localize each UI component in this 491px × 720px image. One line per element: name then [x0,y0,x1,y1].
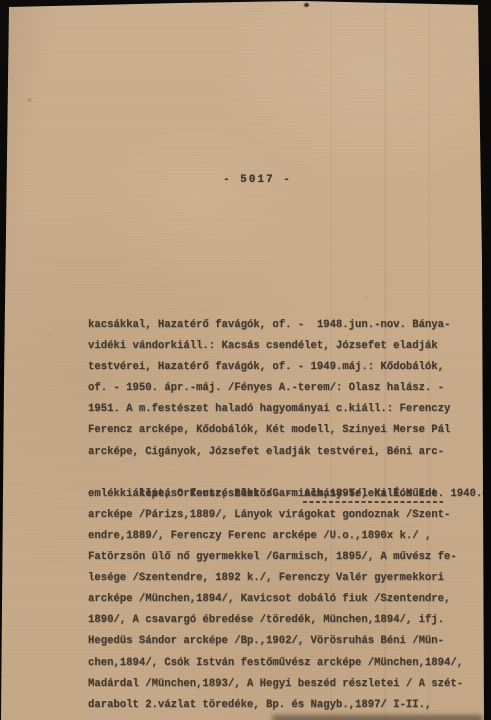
text-line: Madárdal /München,1893/, A Hegyi beszéd … [88,674,491,695]
text-line: arcképe /München,1894/, Kavicsot dobáló … [88,589,491,610]
ink-speck [304,3,309,7]
text-line: 1951. A m.festészet haladó hagyományai c… [88,399,491,420]
text-line: chen,1894/, Csók István festőművész arck… [88,653,491,674]
text-line: képe, Orfeusz, Bükkös. - Almásy-Teleki É… [88,463,491,484]
text-line: 1890/, A csavargó ébredése /töredék, Mün… [88,610,491,631]
typewritten-text-block: kacsákkal, Hazatérő favágók, of. - 1948.… [88,315,491,716]
scanned-page-background: - 5017 - kacsákkal, Hazatérő favágók, of… [0,0,491,720]
text-line: Ferencz arcképe, Kődobálók, Két modell, … [88,420,491,441]
text-line: darabolt 2.vázlat töredéke, Bp. és Nagyb… [88,695,491,716]
text-line: of. - 1950. ápr.-máj. /Fényes A.-terem/:… [88,378,491,399]
paper-sheet: - 5017 - kacsákkal, Hazatérő favágók, of… [0,0,491,720]
cut-off-next-line-smudge [272,715,483,720]
text-line: kacsákkal, Hazatérő favágók, of. - 1948.… [88,315,491,336]
text-segment: 1940.okt., [444,488,491,500]
text-line: Fatörzsön ülő nő gyermekkel /Garmisch, 1… [88,547,491,568]
text-line: lesége /Szentendre, 1892 k./, Ferenczy V… [88,568,491,589]
text-line: arcképe, Cigányok, Józsefet eladják test… [88,442,491,463]
text-line: vidéki vándorkiáll.: Kacsás csendélet, J… [88,336,491,357]
text-line: Hegedüs Sándor arcképe /Bp.,1902/, Vörös… [88,631,491,652]
text-line: testvérei, Hazatérő favágók, of. - 1949.… [88,357,491,378]
text-line: endre,1889/, Ferenczy Ferenc arcképe /U.… [88,526,491,547]
underlined-phrase: Almásy-Teleki É.Műint. [304,488,444,500]
text-line: arcképe /Párizs,1889/, Lányok virágokat … [88,505,491,526]
page-number: - 5017 - [12,170,491,191]
